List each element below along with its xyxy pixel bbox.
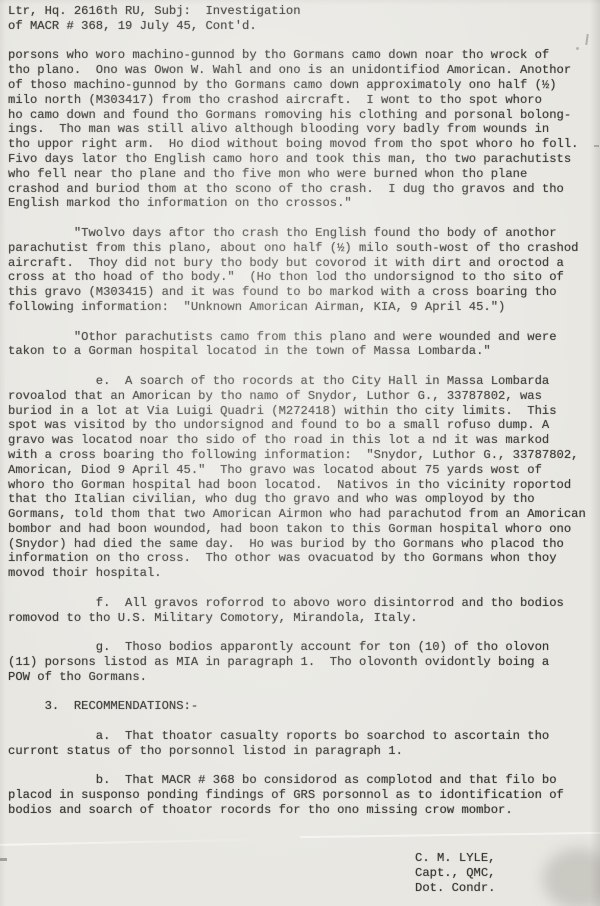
section-recommendations-heading: 3. RECOMMENDATIONS:- <box>8 699 596 714</box>
signature-block: C. M. LYLE, Capt., QMC, Dot. Condr. <box>415 851 495 895</box>
letter-body: Ltr, Hq. 2616th RU, Subj: Investigation … <box>8 4 596 833</box>
paragraph-continuation-statement: porsons who woro machino-gunnod by tho G… <box>8 48 596 211</box>
scanned-letter-page: Ltr, Hq. 2616th RU, Subj: Investigation … <box>0 0 600 906</box>
paper-crease-right <box>300 832 600 838</box>
scan-smudge-bottom-right <box>543 848 600 906</box>
paragraph-f-graves-disinterred: f. All gravos roforrod to abovo woro dis… <box>8 596 596 626</box>
paragraph-e-city-hall-search: e. A soarch of tho rocords at tho City H… <box>8 374 596 581</box>
paragraph-b-macr-completed: b. That MACR # 368 bo considorod as comp… <box>8 773 596 817</box>
paper-crease-left <box>0 838 280 846</box>
paragraph-quote-twelve-days: "Twolvo days aftor tho crash tho English… <box>8 226 596 315</box>
signature-name-rank-title: C. M. LYLE, Capt., QMC, Dot. Condr. <box>415 851 495 895</box>
paragraph-quote-other-parachutists: "Othor parachutists camo from this plano… <box>8 330 596 360</box>
paragraph-a-theater-casualty-reports: a. That thoator casualty roports bo soar… <box>8 729 596 759</box>
letter-reference-header: Ltr, Hq. 2616th RU, Subj: Investigation … <box>8 4 596 34</box>
edge-dash-left <box>0 858 7 861</box>
paragraph-g-bodies-account: g. Thoso bodios apparontly account for t… <box>8 640 596 684</box>
